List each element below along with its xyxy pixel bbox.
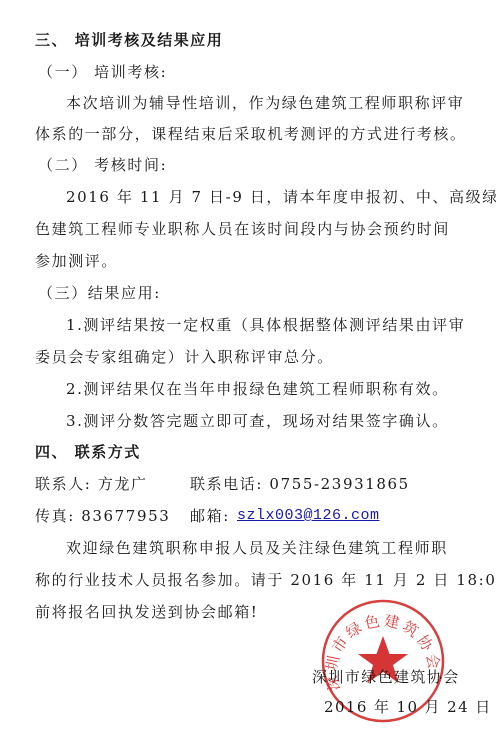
subsection-3-title: （三）结果应用: — [38, 283, 161, 303]
contact-phone: 联系电话: 0755-23931865 — [190, 474, 410, 494]
contact-person: 联系人: 方龙广 — [35, 474, 148, 494]
list-item-3: 3.测评分数答完题立即可查，现场对结果签字确认。 — [66, 411, 449, 431]
section-3-heading: 三、 培训考核及结果应用 — [35, 30, 223, 50]
list-item-1: 1.测评结果按一定权重（具体根据整体测评结果由评审 — [66, 315, 465, 335]
signature-org: 深圳市绿色建筑协会 — [312, 666, 460, 687]
paragraph-line: 体系的一部分，课程结束后采取机考测评的方式进行考核。 — [35, 124, 467, 144]
contact-email-label: 邮箱: — [190, 506, 230, 526]
subsection-2-title: （二） 考核时间: — [38, 155, 167, 175]
list-item-2: 2.测评结果仅在当年申报绿色建筑工程师职称有效。 — [66, 379, 449, 399]
list-item-1-cont: 委员会专家组确定）计入职称评审总分。 — [35, 347, 334, 367]
closing-line: 称的行业技术人员报名参加。请于 2016 年 11 月 2 日 18:00 — [35, 570, 496, 590]
subsection-1-title: （一） 培训考核: — [38, 62, 167, 82]
paragraph-line: 色建筑工程师专业职称人员在该时间段内与协会预约时间 — [35, 219, 450, 239]
closing-line: 欢迎绿色建筑职称申报人员及关注绿色建筑工程师职 — [66, 538, 448, 558]
paragraph-line: 参加测评。 — [35, 251, 118, 271]
email-link[interactable]: szlx003@126.com — [237, 506, 380, 526]
paragraph-line: 本次培训为辅导性培训，作为绿色建筑工程师职称评审 — [66, 93, 464, 113]
paragraph-line: 2016 年 11 月 7 日-9 日，请本年度申报初、中、高级绿 — [66, 187, 496, 207]
section-4-heading: 四、 联系方式 — [35, 442, 141, 462]
contact-fax: 传真: 83677953 — [35, 506, 170, 526]
signature-date: 2016 年 10 月 24 日 — [324, 696, 492, 717]
closing-line: 前将报名回执发送到协会邮箱! — [35, 602, 258, 622]
